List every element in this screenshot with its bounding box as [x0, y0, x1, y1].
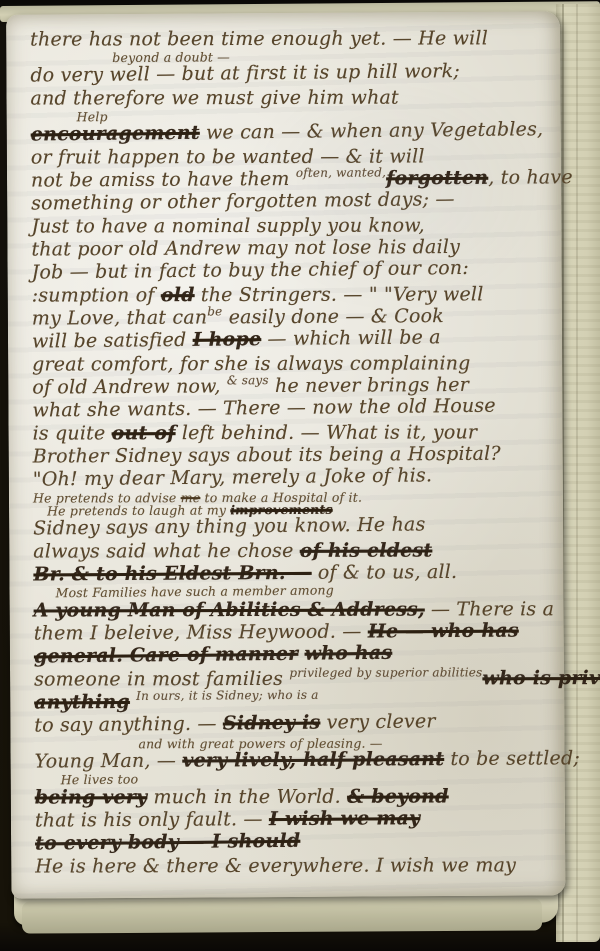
text-segment: someone in most families — [34, 668, 289, 691]
manuscript-line: do very well — but at first it is up hil… — [30, 59, 554, 87]
struck-out-text: general. Care of manner — [34, 643, 299, 668]
text-segment: is quite — [33, 422, 112, 444]
struck-out-text: very lively, half pleasant — [182, 748, 444, 772]
text-segment: of & to us, all. — [312, 561, 458, 584]
interlinear-insertion-line: Most Families have such a member among — [33, 581, 557, 599]
manuscript-line: there has not been time enough yet. — He… — [30, 27, 554, 51]
text-segment: them I beleive, Miss Heywood. — — [34, 620, 368, 644]
handwritten-text: there has not been time enough yet. — He… — [30, 25, 559, 892]
manuscript-line: what she wants. — There — now the old Ho… — [32, 394, 556, 422]
manuscript-line: to every body — I should — [35, 827, 559, 855]
text-segment: "Oh! my dear Mary, merely a Joke of his. — [33, 464, 433, 490]
struck-out-text: Br. & to his Eldest Brn. — — [33, 562, 311, 586]
manuscript-line: always said what he chose of his eldest — [33, 539, 557, 563]
text-segment: will be satisfied — [32, 329, 193, 353]
manuscript-line: "Oh! my dear Mary, merely a Joke of his. — [33, 463, 557, 491]
text-segment: — There is a — [425, 598, 554, 620]
text-segment: easily done — & Cook — [222, 305, 444, 328]
text-segment: :sumption of — [32, 284, 161, 306]
struck-out-text: I hope — [193, 328, 262, 351]
manuscript-line: Job — but in fact to buy the chief of ou… — [31, 256, 555, 284]
struck-out-text: anything — [34, 691, 130, 714]
text-segment: to say anything. — — [34, 713, 223, 737]
manuscript-line: Just to have a nominal supply you know, — [31, 214, 555, 238]
manuscript-line: general. Care of manner who has — [34, 640, 558, 668]
manuscript-line: great comfort, for she is always complai… — [32, 352, 556, 376]
text-segment: great comfort, for she is always complai… — [32, 352, 470, 375]
manuscript-line: encouragement we can — & when any Vegeta… — [31, 118, 555, 146]
struck-out-text: forgotten — [386, 167, 488, 190]
struck-out-text: Sidney is — [223, 712, 321, 735]
manuscript-line: He is here & there & everywhere. I wish … — [35, 854, 559, 878]
text-segment: to make a Hospital of it. — [200, 490, 362, 505]
text-segment: Just to have a nominal supply you know, — [31, 215, 425, 238]
text-segment: Job — but in fact to buy the chief of ou… — [31, 257, 469, 284]
inserted-above-text: In ours, it is Sidney; who is a — [136, 688, 319, 703]
manuscript-line: and therefore we must give him what — [30, 86, 554, 110]
struck-out-text: who is privileged — [482, 667, 600, 689]
manuscript-line: will be satisfied I hope — which will be… — [32, 325, 556, 353]
text-segment: the Stringers. — " "Very well — [195, 283, 484, 306]
text-segment: we can — & when any Vegetables, — [200, 118, 544, 144]
text-segment: of old Andrew now, — [32, 375, 227, 398]
struck-out-text: & beyond — [347, 785, 449, 807]
text-segment: he never brings her — [269, 374, 469, 397]
text-segment: what she wants. — There — now the old Ho… — [32, 395, 496, 422]
struck-out-text: being very — [35, 786, 148, 808]
text-segment: Most Families have such a member among — [55, 582, 334, 600]
interlinear-insertion-line: and with great powers of pleasing. — — [34, 736, 558, 750]
struck-out-text: He — who has — [368, 620, 519, 643]
manuscript-page: there has not been time enough yet. — He… — [6, 11, 565, 898]
interlinear-insertion-line: He lives too — [35, 768, 559, 786]
text-segment: do very well — but at first it is up hil… — [30, 60, 460, 86]
text-segment: — which will be a — [261, 326, 441, 350]
struck-out-text: me — [181, 490, 201, 505]
text-segment: Sidney says any thing you know. He has — [33, 513, 426, 539]
text-segment: always said what he chose — [33, 540, 300, 563]
manuscript-line: Sidney says any thing you know. He has — [33, 512, 557, 540]
struck-out-text: old — [161, 284, 195, 306]
inserted-above-text: be — [207, 304, 222, 318]
manuscript-line: is quite out of left behind. — What is i… — [33, 421, 557, 445]
manuscript-line: being very much in the World. & beyond — [35, 785, 559, 809]
struck-out-text: to every body — I should — [35, 830, 300, 855]
text-segment: He pretends to advise — [33, 490, 181, 505]
text-segment: something or other forgotten most days; … — [31, 188, 455, 214]
text-segment: and with great powers of pleasing. — — [138, 736, 382, 752]
text-segment: there has not been time enough yet. — He… — [30, 27, 488, 50]
text-segment: my Love, that can — [32, 306, 208, 329]
manuscript-line: A young Man of Abilities & Address, — Th… — [34, 598, 558, 622]
struck-out-text: A young Man of Abilities & Address, — [34, 599, 425, 622]
text-segment: , to have — [488, 166, 573, 189]
interlinear-insertion-line: He pretends to advise me to make a Hospi… — [33, 490, 557, 504]
struck-out-text: who has — [304, 642, 392, 665]
inserted-above-text: often, wanted, — [296, 165, 386, 180]
manuscript-line: to say anything. — Sidney is very clever — [34, 709, 558, 737]
struck-out-text: I wish we may — [269, 807, 420, 830]
struck-out-text: out of — [112, 422, 176, 444]
manuscript-line: :sumption of old the Stringers. — " "Ver… — [32, 283, 556, 307]
inserted-above-text: privileged by superior abilities — [289, 665, 482, 680]
text-segment: left behind. — What is it, your — [176, 421, 478, 444]
text-segment: that is his only fault. — — [35, 808, 269, 831]
manuscript-photo: there has not been time enough yet. — He… — [0, 0, 600, 951]
text-segment: He is here & there & everywhere. I wish … — [35, 854, 516, 877]
text-segment: to be settled; — [444, 747, 580, 770]
manuscript-line: or fruit happen to be wanted — & it will — [31, 145, 555, 169]
struck-out-text: encouragement — [31, 122, 200, 146]
text-segment: much in the World. — [147, 786, 347, 809]
text-segment: Young Man, — — [35, 750, 183, 773]
text-segment: and therefore we must give him what — [30, 87, 398, 110]
text-segment: very clever — [320, 710, 436, 733]
text-segment: He lives too — [61, 771, 139, 787]
page-edge-crease — [576, 4, 578, 942]
text-segment: not be amiss to have them — [31, 168, 296, 192]
inserted-above-text: & says — [227, 373, 269, 387]
manuscript-line: something or other forgotten most days; … — [31, 187, 555, 215]
struck-out-text: of his eldest — [300, 539, 433, 561]
book-page-edges-bottom-under — [22, 898, 542, 933]
